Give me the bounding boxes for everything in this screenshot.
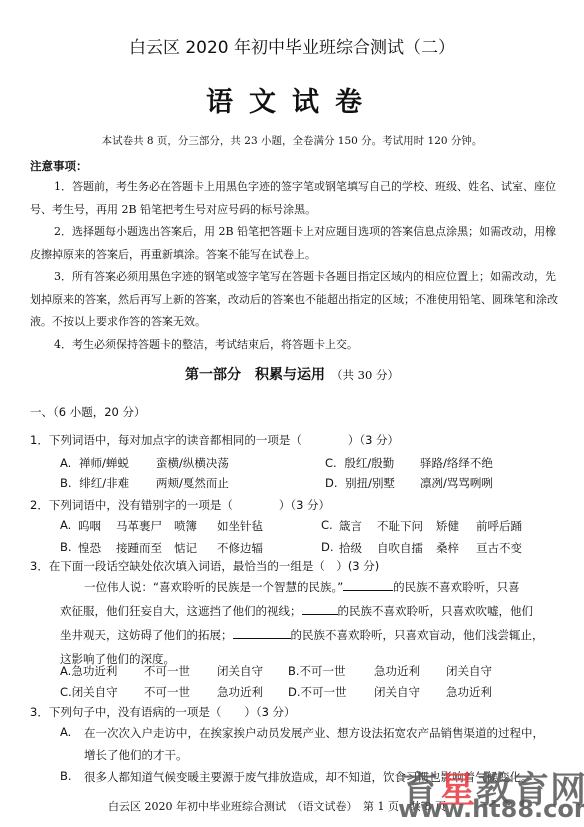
option-label: C.: [321, 518, 333, 532]
fill-blank-3: [233, 626, 291, 639]
option-word: 如坐针毡: [217, 518, 263, 534]
option-label: C.: [325, 456, 337, 470]
option-label: B.: [288, 664, 300, 678]
option-word: 不可一世: [144, 684, 190, 700]
option-label: A.: [60, 456, 71, 470]
option-word: 不耻下问: [377, 518, 423, 534]
question-2-option-b: B. 惶恐 接踵而至 惦记 不修边辐: [60, 540, 72, 554]
option-word: 拾级: [339, 540, 362, 556]
option-word: 呜咽: [78, 518, 101, 534]
subject-title: 语文试卷: [0, 80, 584, 119]
fill-blank-1: [343, 578, 393, 591]
option-label: D.: [288, 685, 301, 699]
option-label: C.: [60, 685, 72, 699]
option-word: 闭关自守: [374, 684, 420, 700]
option-word: 接踵而至: [116, 540, 162, 556]
question-3-option-a: A.急功近利 不可一世 闭关自守: [60, 663, 117, 679]
option-word: 箴言: [339, 518, 362, 534]
part-points: （共 30 分）: [331, 368, 399, 382]
page-footer: 白云区 2020 年初中毕业班综合测试 （语文试卷） 第 1 页 共 8 页: [108, 798, 446, 814]
notice-heading: 注意事项：: [30, 158, 88, 174]
option-label: B.: [60, 769, 72, 783]
option-word: 惦记: [174, 540, 197, 556]
option-word: 前呼后踊: [476, 518, 522, 534]
fill-blank-2: [302, 602, 338, 615]
option-text: 驿路/络绎不绝: [420, 455, 493, 471]
option-label: A.: [60, 664, 71, 678]
question-3-stem: 3．在下面一段话空缺处依次填入词语，最恰当的一组是（ ）(3 分): [30, 558, 379, 574]
question-4-option-a-cont: 增长了他们的才干。: [84, 747, 188, 763]
question-1-option-a: A. 禅师/蝉蜕 蛮横/纵横决荡: [60, 455, 129, 471]
option-word: 不可一世: [144, 663, 190, 679]
passage-text: 的民族不喜欢聆听，只喜欢盲动，他们浅尝辄止，: [291, 628, 544, 642]
option-word: 喷簿: [174, 518, 197, 534]
passage-text: 一位伟人说：“喜欢聆听的民族是一个智慧的民族。”: [84, 580, 343, 594]
option-text: 两颊/戛然而止: [156, 475, 229, 491]
option-label: B.: [60, 540, 72, 554]
notice-item-2: 2．选择题每小题选出答案后，用 2B 铅笔把答题卡上对应题目选项的答案信息点涂黑…: [30, 221, 560, 266]
option-text: 凛冽/骂骂咧咧: [420, 475, 493, 491]
question-1-option-b: B. 绯红/非难 两颊/戛然而止: [60, 475, 129, 491]
question-2-option-d: D. 拾级 自吹自擂 桑梓 亘古不变: [321, 540, 334, 554]
question-3-passage-line-3: 坐井观天，这妨碍了他们的拓展；的民族不喜欢聆听，只喜欢盲动，他们浅尝辄止，: [60, 623, 544, 648]
option-text: 绯红/非难: [79, 476, 129, 490]
notice-item-3: 3．所有答案必须用黑色字迹的钢笔或签字笔写在答题卡各题目指定区域内的相应位置上；…: [30, 266, 560, 334]
option-word: 闭关自守: [217, 663, 263, 679]
question-4-option-a: A. 在一次次入户走访中，在挨家挨户动员发展产业、想方设法拓宽农产品销售渠道的过…: [60, 725, 71, 739]
passage-text: 欢征服，他们狂妄自大，这遮挡了他们的视线；: [60, 604, 302, 618]
passage-text: 的民族不喜欢聆听，只喜: [393, 580, 520, 594]
option-word: 急功近利: [374, 663, 420, 679]
option-word: 急功近利: [217, 684, 263, 700]
question-4-option-b: B. 很多人都知道气候变暖主要源于废气排放造成，却不知道，饮食习惯也影响着气候变…: [60, 769, 72, 783]
option-word: 矫健: [436, 518, 459, 534]
option-word: 不修边辐: [217, 540, 263, 556]
exam-title: 白云区 2020 年初中毕业班综合测试（二）: [0, 33, 584, 58]
question-3-option-c: C.闭关自守 不可一世 急功近利: [60, 684, 118, 700]
option-word: 自吹自擂: [377, 540, 423, 556]
question-2-stem: 2．下列词语中，没有错别字的一项是（ ）（3 分）: [30, 497, 330, 513]
watermark-url: www.ht88.com: [398, 795, 584, 823]
question-3-passage-line-2: 欢征服，他们狂妄自大，这遮挡了他们的视线；的民族不喜欢聆听，只喜欢吹嘘，他们: [60, 599, 533, 624]
part-heading: 第一部分 积累与运用（共 30 分）: [0, 364, 584, 384]
option-word: 桑梓: [436, 540, 459, 556]
option-label: D.: [321, 540, 334, 554]
option-label: B.: [60, 476, 72, 490]
section-heading: 一、（6 小题，20 分）: [30, 404, 146, 420]
notice-item-1: 1．答题前，考生务必在答题卡上用黑色字迹的签字笔或钢笔填写自己的学校、班级、姓名…: [30, 176, 560, 221]
question-1-stem: 1．下列词语中，每对加点字的读音都相同的一项是（ ）（3 分）: [30, 432, 399, 448]
option-label: A.: [60, 725, 71, 739]
option-text: 禅师/蝉蜕: [79, 456, 129, 470]
option-text: 在一次次入户走访中，在挨家挨户动员发展产业、想方设法拓宽农产品销售渠道的过程中，: [84, 725, 544, 741]
option-word: 急功近利: [71, 664, 117, 678]
option-word: 不可一世: [301, 685, 347, 699]
notice-item-4: 4．考生必须保持答题卡的整洁，考试结束后，将答题卡上交。: [30, 334, 560, 357]
question-4-stem: 3．下列句子中，没有语病的一项是（ ）（3 分）: [30, 704, 296, 720]
option-word: 闭关自守: [446, 663, 492, 679]
question-1-option-c: C. 殷红/殷勤 驿路/络绎不绝: [325, 455, 394, 471]
option-word: 急功近利: [446, 684, 492, 700]
option-word: 马革裹尸: [116, 518, 162, 534]
part-title: 第一部分 积累与运用: [185, 367, 325, 383]
option-word: 惶恐: [78, 540, 101, 556]
question-3-option-d: D.不可一世 闭关自守 急功近利: [288, 684, 347, 700]
question-3-option-b: B.不可一世 急功近利 闭关自守: [288, 663, 346, 679]
option-word: 闭关自守: [72, 685, 118, 699]
option-label: D.: [325, 476, 338, 490]
option-word: 不可一世: [300, 664, 346, 678]
passage-text: 的民族不喜欢聆听，只喜欢吹嘘，他们: [338, 604, 534, 618]
option-text: 殷红/殷勤: [344, 456, 394, 470]
passage-text: 坐井观天，这妨碍了他们的拓展；: [60, 628, 233, 642]
question-3-passage-line-1: 一位伟人说：“喜欢聆听的民族是一个智慧的民族。”的民族不喜欢聆听，只喜: [84, 575, 520, 600]
question-2-option-c: C. 箴言 不耻下问 矫健 前呼后踊: [321, 518, 333, 532]
option-text: 蛮横/纵横决荡: [156, 455, 229, 471]
question-1-option-d: D. 别扭/别墅 凛冽/骂骂咧咧: [325, 475, 395, 491]
exam-info: 本试卷共 8 页，分三部分，共 23 小题，全卷满分 150 分。考试用时 12…: [0, 133, 584, 148]
option-text: 别扭/别墅: [345, 476, 395, 490]
option-word: 亘古不变: [476, 540, 522, 556]
question-2-option-a: A. 呜咽 马革裹尸 喷簿 如坐针毡: [60, 518, 71, 532]
option-label: A.: [60, 518, 71, 532]
